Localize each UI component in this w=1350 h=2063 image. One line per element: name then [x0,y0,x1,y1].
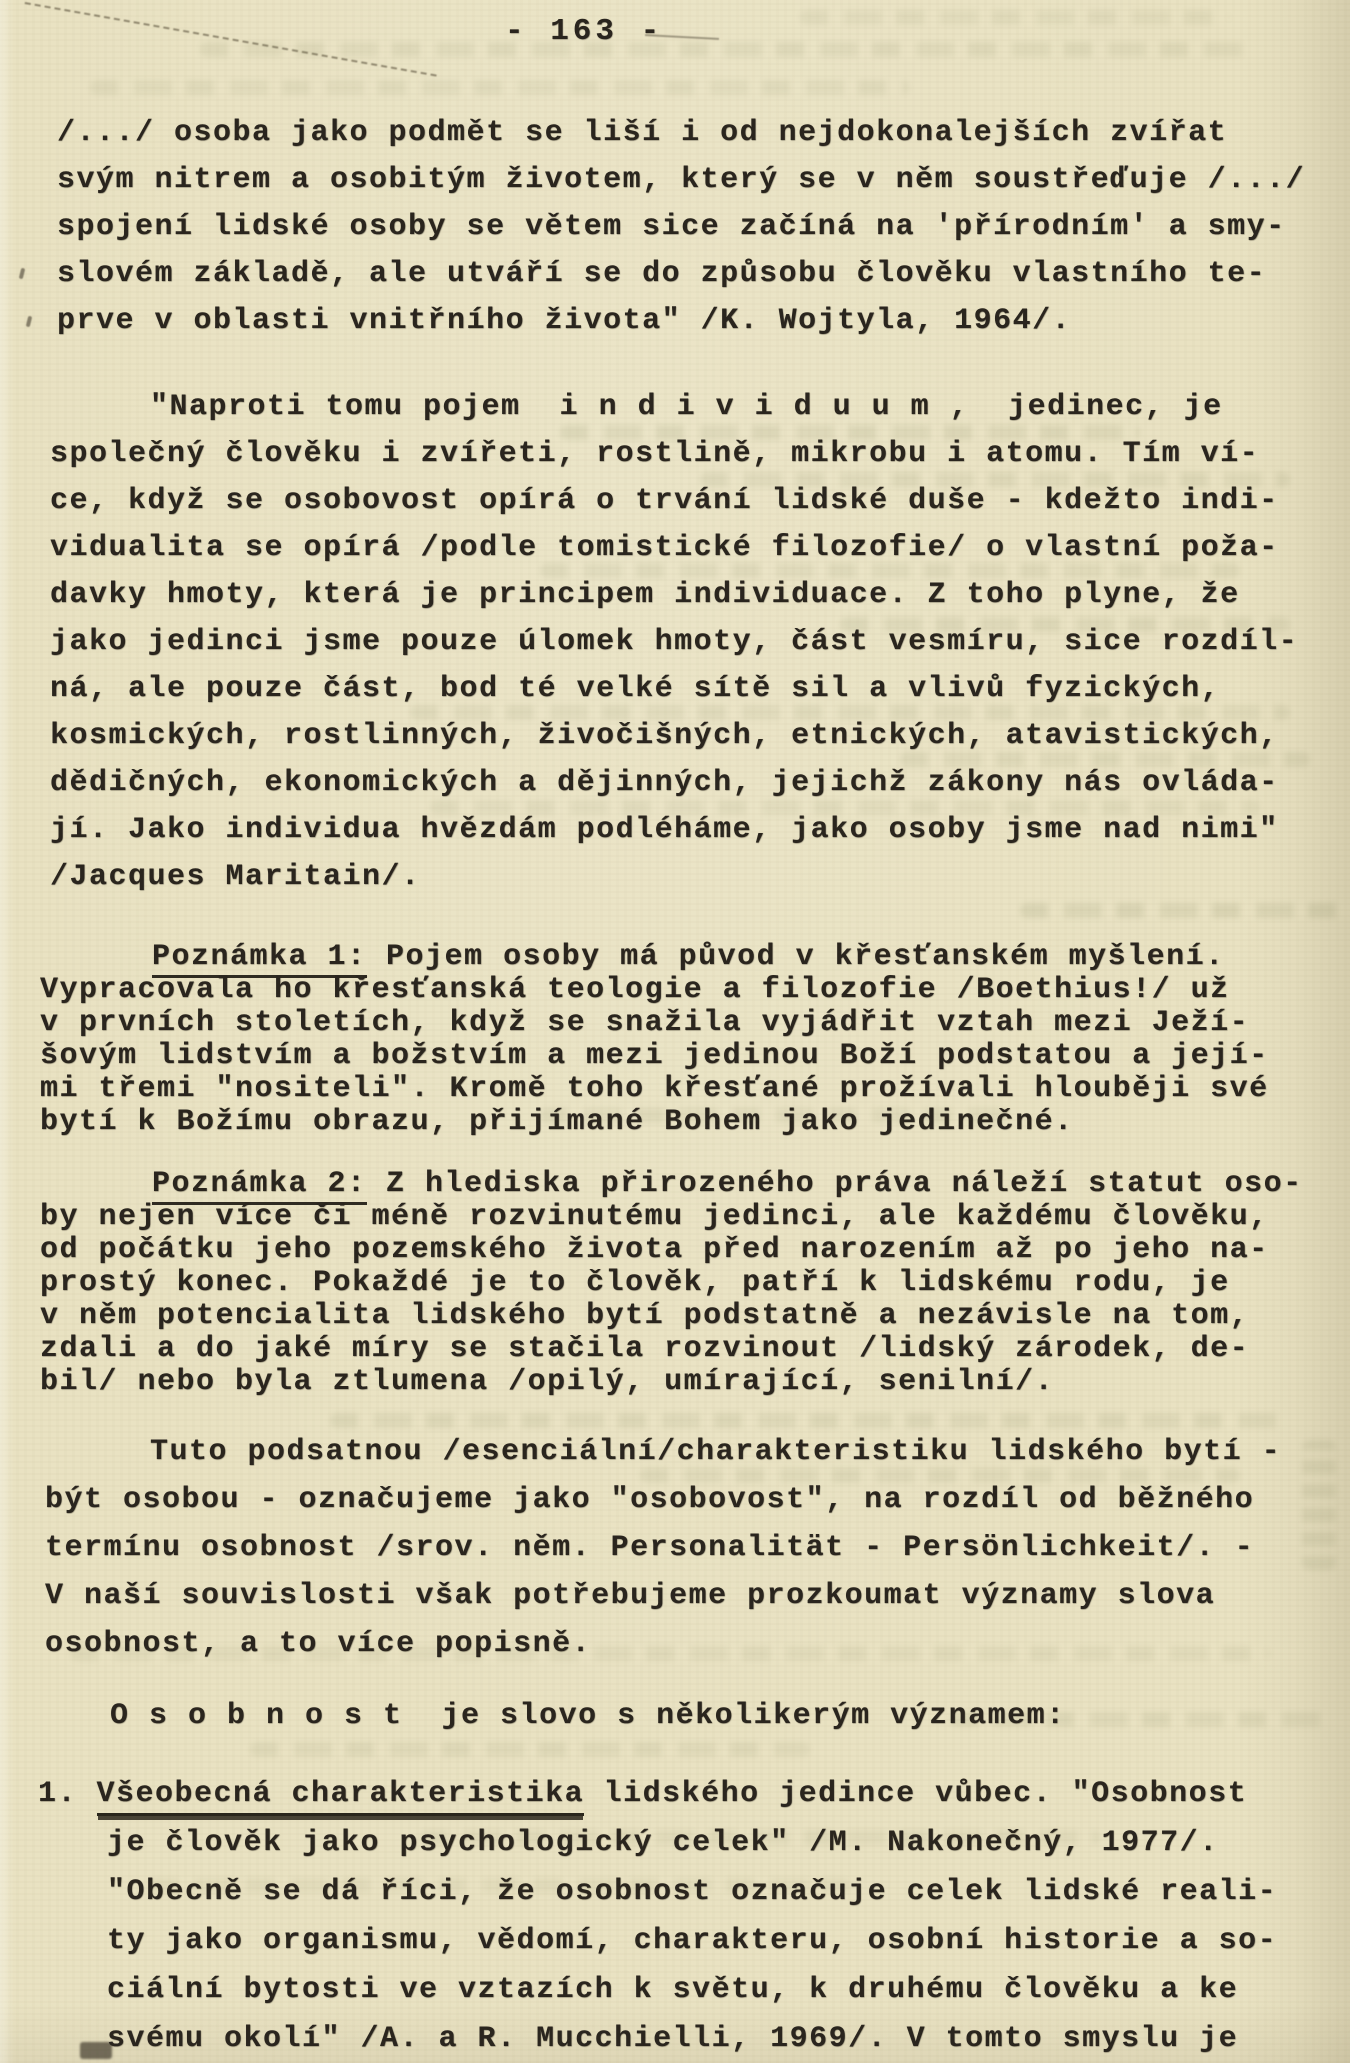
text-line: slovém základě, ale utváří se do způsobu… [57,251,1305,298]
text-line: společný člověku i zvířeti, rostlině, mi… [50,431,1298,478]
paragraph-osobnost-intro: O s o b n o s t je slovo s několikerým v… [110,1695,1066,1737]
text-line: bytí k Božímu obrazu, přijímané Bohem ja… [40,1106,1269,1139]
list-item-heading: Všeobecná charakteristika [97,1777,585,1816]
text-line: šovým lidstvím a božstvím a mezi jedinou… [40,1040,1269,1073]
text-line: ce, když se osobovost opírá o trvání lid… [50,478,1298,525]
text-line: "Obecně se dá říci, že osobnost označuje… [107,1868,1277,1917]
text-line: bil/ nebo byla ztlumena /opilý, umírajíc… [40,1366,1303,1399]
paragraph-maritain-quote: "Naproti tomu pojem i n d i v i d u u m … [50,384,1298,901]
text-line: svým nitrem a osobitým životem, který se… [57,157,1305,204]
text-line: by nejen více či méně rozvinutému jedinc… [40,1201,1303,1234]
list-item-1: 1. Všeobecná charakteristika lidského je… [38,1770,1277,2063]
bleed-through-artifact [250,1742,810,1757]
text-line: vidualita se opírá /podle tomistické fil… [50,525,1298,572]
text-line: O s o b n o s t je slovo s několikerým v… [110,1695,1066,1737]
text-line: zdali a do jaké míry se stačila rozvinou… [40,1333,1303,1366]
text-line: kosmických, rostlinných, živočišných, et… [50,713,1298,760]
bleed-through-artifact [1020,903,1350,918]
paragraph-wojtyla-quote: /.../ osoba jako podmět se liší i od nej… [57,110,1305,345]
text-line: davky hmoty, která je principem individu… [50,572,1298,619]
text-line: být osobou - označujeme jako "osobovost"… [45,1476,1281,1524]
text-line: "Naproti tomu pojem i n d i v i d u u m … [50,384,1298,431]
text-line: prostý konec. Pokaždé je to člověk, patř… [40,1267,1303,1300]
note-2: Poznámka 2: Z hlediska přirozeného práva… [40,1168,1303,1399]
text-line: jí. Jako individua hvězdám podléháme, ja… [50,807,1298,854]
ink-speck [19,268,26,280]
bleed-through-artifact [90,80,910,95]
list-item-body: je člověk jako psychologický celek" /M. … [107,1819,1277,2063]
bleed-through-artifact [800,10,1230,25]
text-line: svému okolí" /A. a R. Mucchielli, 1969/.… [107,2015,1277,2063]
text-line: jako jedinci jsme pouze úlomek hmoty, čá… [50,619,1298,666]
text-line: spojení lidské osoby se větem sice začín… [57,204,1305,251]
list-item-first-line: 1. Všeobecná charakteristika lidského je… [38,1770,1277,1819]
text-line: v něm potencialita lidského bytí podstat… [40,1300,1303,1333]
text-line: prve v oblasti vnitřního života" /K. Woj… [57,298,1305,345]
text-line: mi třemi "nositeli". Kromě toho křesťané… [40,1073,1269,1106]
list-marker: 1. [38,1777,97,1811]
note-2-first-line: Z hlediska přirozeného práva náleží stat… [367,1167,1303,1201]
text-line: v prvních stoletích, když se snažila vyj… [40,1007,1269,1040]
bleed-through-artifact [200,42,1250,57]
text-line: Poznámka 2: Z hlediska přirozeného práva… [40,1168,1303,1201]
text-line: /Jacques Maritain/. [50,854,1298,901]
text-line: termínu osobnost /srov. něm. Personalitä… [45,1524,1281,1572]
text-line: osobnost, a to více popisně. [45,1620,1281,1668]
note-2-body: by nejen více či méně rozvinutému jedinc… [40,1201,1303,1399]
document-page: - 163 - /.../ osoba jako podmět se liší … [0,0,1350,2063]
note-1-first-line: Pojem osoby má původ v křesťanském myšle… [367,940,1225,974]
note-1: Poznámka 1: Pojem osoby má původ v křesť… [40,941,1269,1139]
text-line: ty jako organismu, vědomí, charakteru, o… [107,1917,1277,1966]
text-line: od počátku jeho pozemského života před n… [40,1234,1303,1267]
text-line: je člověk jako psychologický celek" /M. … [107,1819,1277,1868]
ink-speck [26,316,33,328]
paper-crease-artifact [25,2,437,77]
text-line: ciální bytosti ve vztazích k světu, k dr… [107,1966,1277,2015]
text-line: ná, ale pouze část, bod té velké sítě si… [50,666,1298,713]
text-line: Poznámka 1: Pojem osoby má původ v křesť… [40,941,1269,974]
bleed-through-artifact [330,1413,1290,1428]
note-1-body: Vypracovala ho křesťanská teologie a fil… [40,974,1269,1139]
text-line: Tuto podsatnou /esenciální/charakteristi… [45,1428,1281,1476]
page-number: - 163 - [505,14,663,49]
text-line: /.../ osoba jako podmět se liší i od nej… [57,110,1305,157]
text-line: Vypracovala ho křesťanská teologie a fil… [40,974,1269,1007]
text-line: dědičných, ekonomických a dějinných, jej… [50,760,1298,807]
list-item-first-rest: lidského jedince vůbec. "Osobnost [584,1777,1247,1811]
paragraph-osobovost: Tuto podsatnou /esenciální/charakteristi… [45,1428,1281,1668]
bleed-through-artifact [1302,1440,1336,1570]
text-line: V naší souvislosti však potřebujeme proz… [45,1572,1281,1620]
